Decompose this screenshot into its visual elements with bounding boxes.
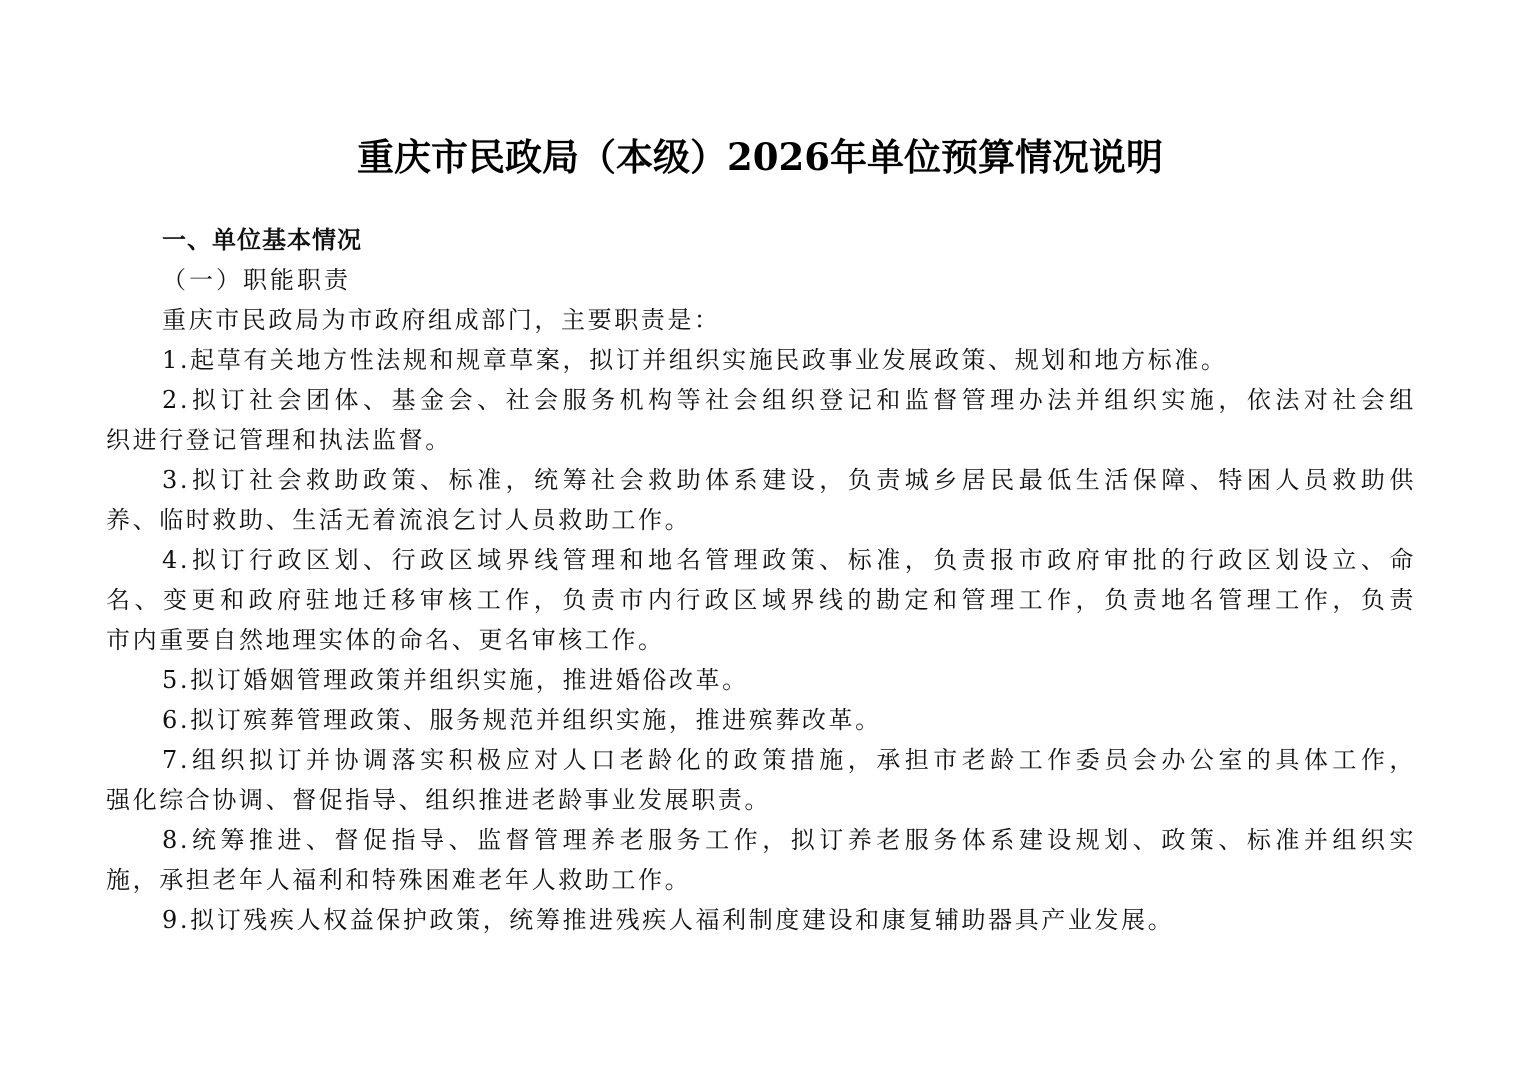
duty-item: 4.拟订行政区划、行政区域界线管理和地名管理政策、标准，负责报市政府审批的行政区… xyxy=(106,540,1416,660)
duty-line: 施，承担老年人福利和特殊困难老年人救助工作。 xyxy=(106,860,1416,900)
document-body: 一、单位基本情况 （一）职能职责 重庆市民政局为市政府组成部门，主要职责是： 1… xyxy=(106,220,1416,940)
duty-item: 3.拟订社会救助政策、标准，统筹社会救助体系建设，负责城乡居民最低生活保障、特困… xyxy=(106,460,1416,540)
section-heading: 一、单位基本情况 xyxy=(106,220,1416,260)
duty-line: 6.拟订殡葬管理政策、服务规范并组织实施，推进殡葬改革。 xyxy=(106,700,1416,740)
duty-item: 1.起草有关地方性法规和规章草案，拟订并组织实施民政事业发展政策、规划和地方标准… xyxy=(106,340,1416,380)
duty-item: 2.拟订社会团体、基金会、社会服务机构等社会组织登记和监督管理办法并组织实施，依… xyxy=(106,380,1416,460)
duty-line: 4.拟订行政区划、行政区域界线管理和地名管理政策、标准，负责报市政府审批的行政区… xyxy=(106,540,1416,580)
document-page: 重庆市民政局（本级）2026年单位预算情况说明 一、单位基本情况 （一）职能职责… xyxy=(0,0,1520,1074)
duty-line: 织进行登记管理和执法监督。 xyxy=(106,420,1416,460)
duty-line: 3.拟订社会救助政策、标准，统筹社会救助体系建设，负责城乡居民最低生活保障、特困… xyxy=(106,460,1416,500)
duty-item: 8.统筹推进、督促指导、监督管理养老服务工作，拟订养老服务体系建设规划、政策、标… xyxy=(106,820,1416,900)
duty-line: 名、变更和政府驻地迁移审核工作，负责市内行政区域界线的勘定和管理工作，负责地名管… xyxy=(106,580,1416,620)
duty-line: 2.拟订社会团体、基金会、社会服务机构等社会组织登记和监督管理办法并组织实施，依… xyxy=(106,380,1416,420)
duty-line: 8.统筹推进、督促指导、监督管理养老服务工作，拟订养老服务体系建设规划、政策、标… xyxy=(106,820,1416,860)
duty-line: 7.组织拟订并协调落实积极应对人口老龄化的政策措施，承担市老龄工作委员会办公室的… xyxy=(106,740,1416,780)
duty-line: 1.起草有关地方性法规和规章草案，拟订并组织实施民政事业发展政策、规划和地方标准… xyxy=(106,340,1416,380)
duty-line: 养、临时救助、生活无着流浪乞讨人员救助工作。 xyxy=(106,500,1416,540)
duty-line: 9.拟订残疾人权益保护政策，统筹推进残疾人福利制度建设和康复辅助器具产业发展。 xyxy=(106,900,1416,940)
duty-line: 市内重要自然地理实体的命名、更名审核工作。 xyxy=(106,620,1416,660)
subsection-heading: （一）职能职责 xyxy=(106,260,1416,300)
duty-item: 6.拟订殡葬管理政策、服务规范并组织实施，推进殡葬改革。 xyxy=(106,700,1416,740)
duty-line: 5.拟订婚姻管理政策并组织实施，推进婚俗改革。 xyxy=(106,660,1416,700)
duty-item: 5.拟订婚姻管理政策并组织实施，推进婚俗改革。 xyxy=(106,660,1416,700)
intro-paragraph: 重庆市民政局为市政府组成部门，主要职责是： xyxy=(106,300,1416,340)
duty-line: 强化综合协调、督促指导、组织推进老龄事业发展职责。 xyxy=(106,780,1416,820)
duty-item: 7.组织拟订并协调落实积极应对人口老龄化的政策措施，承担市老龄工作委员会办公室的… xyxy=(106,740,1416,820)
document-title: 重庆市民政局（本级）2026年单位预算情况说明 xyxy=(0,133,1520,181)
duty-item: 9.拟订残疾人权益保护政策，统筹推进残疾人福利制度建设和康复辅助器具产业发展。 xyxy=(106,900,1416,940)
